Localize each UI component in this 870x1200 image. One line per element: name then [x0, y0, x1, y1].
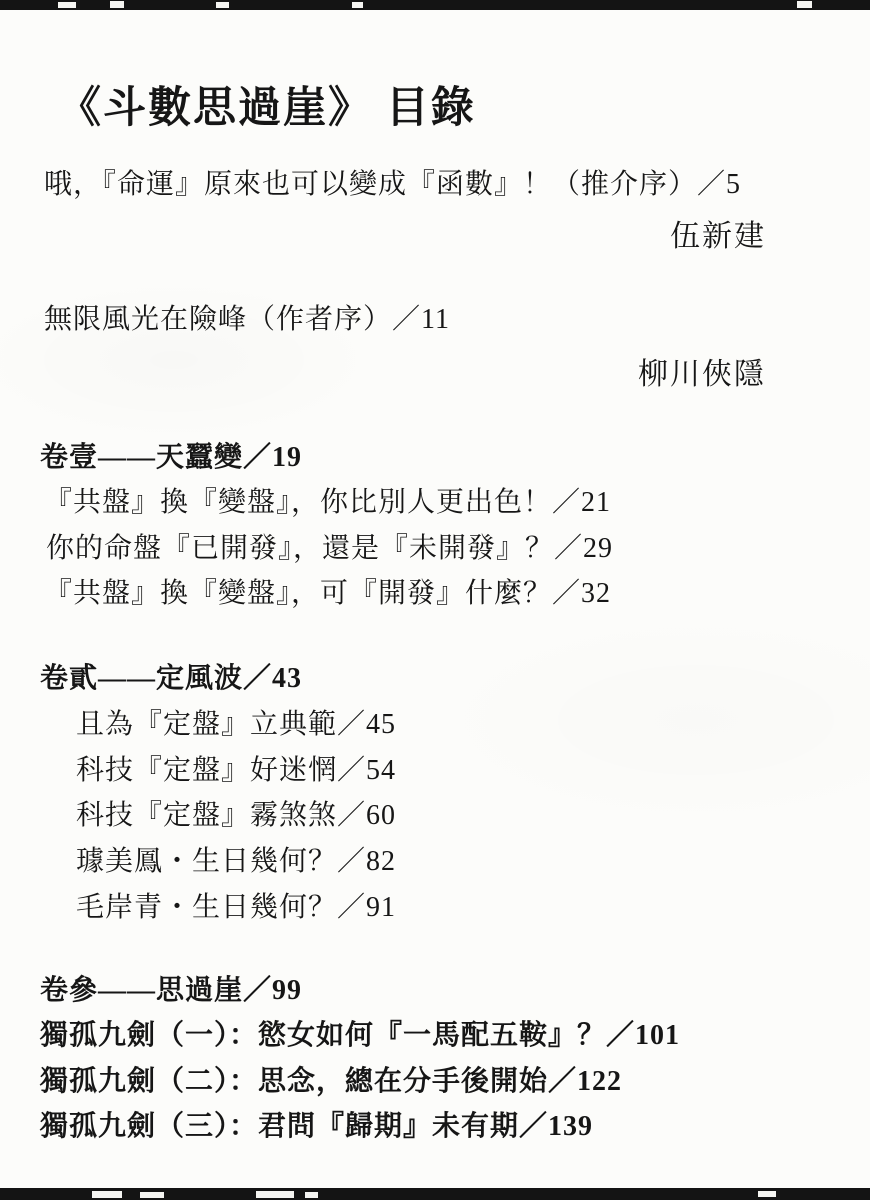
toc-entry: 獨孤九劍（一）：慾女如何『一馬配五鞍』？／101 — [40, 1013, 680, 1053]
scan-fragment — [140, 1192, 164, 1198]
toc-entry: 獨孤九劍（三）：君問『歸期』未有期／139 — [40, 1104, 593, 1144]
toc-entry: 『共盤』換『變盤』，可『開發』什麼？／32 — [44, 571, 611, 611]
scan-fragment — [758, 1191, 776, 1197]
toc-entry: 無限風光在險峰（作者序）／11 — [44, 297, 450, 337]
scan-fragment — [256, 1191, 294, 1198]
scan-fragment — [305, 1192, 318, 1198]
toc-entry: 且為『定盤』立典範／45 — [76, 702, 396, 742]
author-name: 柳川俠隱 — [638, 349, 766, 393]
toc-entry: 你的命盤『已開發』，還是『未開發』？／29 — [46, 526, 613, 566]
scanned-toc-page: 《斗數思過崖》 目錄 哦，『命運』原來也可以變成『函數』！（推介序）／5 伍新建… — [0, 0, 870, 1200]
toc-section-heading: 卷參——思過崖／99 — [40, 968, 302, 1008]
toc-entry: 哦，『命運』原來也可以變成『函數』！（推介序）／5 — [44, 162, 741, 202]
page-title: 《斗數思過崖》 目錄 — [58, 74, 476, 135]
toc-entry: 璩美鳳・生日幾何？／82 — [76, 839, 396, 879]
author-name: 伍新建 — [670, 211, 766, 255]
scan-fragment — [92, 1191, 122, 1198]
scan-fragment — [352, 2, 363, 8]
toc-entry: 獨孤九劍（二）：思念，總在分手後開始／122 — [40, 1059, 622, 1099]
bottom-scan-artifact — [0, 1188, 870, 1200]
toc-entry: 科技『定盤』好迷惘／54 — [76, 748, 396, 788]
top-scan-artifact — [0, 0, 870, 10]
scan-fragment — [216, 2, 229, 8]
scan-fragment — [797, 1, 812, 8]
toc-entry: 科技『定盤』霧煞煞／60 — [76, 793, 396, 833]
toc-section-heading: 卷壹——天蠶變／19 — [40, 435, 302, 475]
scan-fragment — [58, 2, 76, 8]
toc-section-heading: 卷貳——定風波／43 — [40, 656, 302, 696]
toc-entry: 『共盤』換『變盤』，你比別人更出色！／21 — [44, 480, 611, 520]
scan-fragment — [110, 1, 124, 8]
toc-entry: 毛岸青・生日幾何？／91 — [76, 885, 396, 925]
